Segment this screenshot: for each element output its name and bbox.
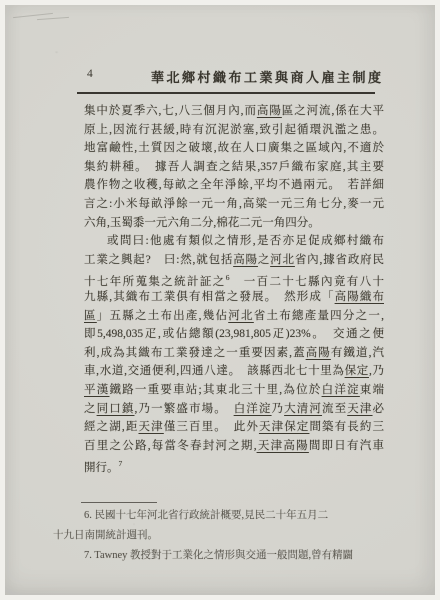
proper-noun-underline: 天津 bbox=[347, 403, 372, 415]
pencil-smudge-artifact bbox=[11, 11, 75, 25]
paper-background: 4 華北鄉村織布工業與商人雇主制度 集中於夏季六,七,八三個月內,而高陽區之河流… bbox=[5, 5, 435, 595]
text-segment: 必 bbox=[373, 403, 385, 415]
body-line: 工業之興起? 曰:然,就包括高陽之河北省內,據省政府民 bbox=[84, 251, 384, 270]
proper-noun-underline: 大清河 bbox=[284, 403, 322, 415]
text-segment: 一百二十七縣內竟有八十 bbox=[229, 276, 384, 288]
body-line: 車,水道,交通便利,四通八達。 該縣西北七十里為保定,乃 bbox=[84, 362, 384, 381]
body-line: 即5,498,035疋,或佔總額(23,981,805疋)23%。 交通之便 bbox=[84, 325, 384, 344]
header-rule bbox=[77, 92, 375, 94]
text-segment: 東端 bbox=[360, 384, 384, 396]
text-segment: 間築有長約三 bbox=[309, 421, 384, 433]
body-line: 開行。7 bbox=[84, 455, 384, 474]
text-segment: 十七年所蒐集之統計証之 bbox=[84, 276, 226, 288]
text-segment: 六角,玉蜀黍一元六角二分,棉花二元一角四分。 bbox=[84, 217, 320, 229]
footnote-separator-rule bbox=[81, 502, 157, 503]
body-line: 農作物之收穫,每畝之全年淨餘,平均不過兩元。 若詳細 bbox=[84, 176, 384, 195]
body-line: 平漢鐵路一重要車站;其東北三十里,為位於白洋淀東端 bbox=[84, 381, 384, 400]
proper-noun-underline: 河北 bbox=[228, 310, 253, 322]
text-segment: 流至 bbox=[322, 403, 347, 415]
footnote-line: 6. 民國十七年河北省行政統計概要,見民二十年五月二 bbox=[53, 506, 401, 526]
body-line: 原上,因流行甚緩,時有沉泥淤塞,致引起循環汎濫之患。 bbox=[84, 121, 384, 140]
body-line: 經之湖,距天津僅三百里。 此外天津保定間築有長約三 bbox=[84, 418, 384, 437]
footnote-line: 十九日南開統計週刊。 bbox=[53, 526, 401, 546]
proper-noun-underline: 河北 bbox=[270, 254, 295, 266]
body-line: 集中於夏季六,七,八三個月內,而高陽區之河流,係在大平 bbox=[84, 102, 384, 121]
text-segment: 農作物之收穫,每畝之全年淨餘,平均不過兩元。 若詳細 bbox=[84, 179, 384, 191]
text-segment: 」五縣之土布出產,幾佔 bbox=[97, 310, 229, 322]
text-segment: 經之湖,距 bbox=[84, 421, 138, 433]
text-segment: 乃 bbox=[272, 403, 285, 415]
scanned-book-page: 4 華北鄉村織布工業與商人雇主制度 集中於夏季六,七,八三個月內,而高陽區之河流… bbox=[0, 0, 440, 600]
proper-noun-underline: 白洋淀 bbox=[322, 384, 360, 396]
proper-noun-underline: 天津 bbox=[138, 421, 163, 433]
text-segment: 省內,據省政府民 bbox=[295, 254, 384, 266]
text-segment: ,乃一繁盛市場。 bbox=[134, 403, 233, 415]
text-segment: 僅三百里。 此外 bbox=[164, 421, 259, 433]
body-line: 利,成為其織布工業發達之一重要因素,蓋高陽有鐵道,汽 bbox=[84, 344, 384, 363]
body-line: 言之:小米每畝淨餘一元一角,高粱一元三角七分,麥一元 bbox=[84, 195, 384, 214]
text-segment: 即5,498,035疋,或佔總額(23,981,805疋)23%。 交通之便 bbox=[84, 328, 384, 340]
proper-noun-underline: 高陽 bbox=[257, 105, 282, 117]
text-segment: 集中於夏季六,七,八三個月內,而 bbox=[84, 105, 257, 117]
text-segment: 開行。 bbox=[84, 462, 119, 474]
proper-noun-underline: 天津保定 bbox=[259, 421, 309, 433]
text-segment: 間即日有汽車 bbox=[309, 440, 384, 452]
text-segment: 百里之公路,每當冬春封河之期, bbox=[84, 440, 257, 452]
footnote-reference: 7 bbox=[119, 459, 123, 468]
body-line: 集約耕種。 據吾人調查之結果,357戶織布家庭,其主要 bbox=[84, 158, 384, 177]
body-line: 之同口鎮,乃一繁盛市場。 白洋淀乃大清河流至天津必 bbox=[84, 400, 384, 419]
running-header: 4 華北鄉村織布工業與商人雇主制度 bbox=[77, 66, 375, 86]
text-segment: 之 bbox=[84, 403, 97, 415]
body-line: 或問曰:他處有類似之情形,是否亦足促成鄉村織布 bbox=[84, 232, 384, 251]
proper-noun-underline: 區 bbox=[84, 310, 97, 322]
text-segment: 車,水道,交通便利,四通八達。 該縣西北七十里為 bbox=[84, 365, 345, 377]
text-segment: 區之河流,係在大平 bbox=[282, 105, 384, 117]
text-segment: 原上,因流行甚緩,時有沉泥淤塞,致引起循環汎濫之患。 bbox=[84, 124, 384, 136]
text-segment: 省土布總產量四分之一, bbox=[254, 310, 384, 322]
body-line: 區」五縣之土布出產,幾佔河北省土布總產量四分之一, bbox=[84, 307, 384, 326]
proper-noun-underline: 天津高陽 bbox=[257, 440, 309, 452]
proper-noun-underline: 高陽 bbox=[233, 254, 258, 266]
running-header-title: 華北鄉村織布工業與商人雇主制度 bbox=[151, 67, 384, 86]
text-segment: ,乃 bbox=[369, 365, 384, 377]
text-segment: 言之:小米每畝淨餘一元一角,高粱一元三角七分,麥一元 bbox=[84, 198, 384, 210]
proper-noun-underline: 高陽 bbox=[306, 347, 331, 359]
body-line: 十七年所蒐集之統計証之6 一百二十七縣內竟有八十 bbox=[84, 269, 384, 288]
proper-noun-underline: 白洋淀 bbox=[234, 403, 272, 415]
text-segment: 集約耕種。 據吾人調查之結果,357戶織布家庭,其主要 bbox=[84, 161, 384, 173]
footnote-line: 7. Tawney 教授對于工業化之情形與交通一般問題,曾有精闢 bbox=[53, 546, 401, 566]
body-line: 六角,玉蜀黍一元六角二分,棉花二元一角四分。 bbox=[84, 214, 384, 233]
body-line: 地富鹼性,土質因之破壞,故在人口廣集之區域內,不適於 bbox=[84, 139, 384, 158]
text-segment: 之 bbox=[258, 254, 270, 266]
text-segment: 工業之興起? 曰:然,就包括 bbox=[84, 254, 233, 266]
text-segment: 鐵路一重要車站;其東北三十里,為位於 bbox=[109, 384, 321, 396]
text-segment: 利,成為其織布工業發達之一重要因素,蓋 bbox=[84, 347, 306, 359]
proper-noun-underline: 平漢 bbox=[84, 384, 109, 396]
proper-noun-underline: 同口鎮 bbox=[97, 403, 135, 415]
body-line: 九縣,其織布工業俱有相當之發展。 然形成「高陽織布 bbox=[84, 288, 384, 307]
text-segment: 地富鹼性,土質因之破壞,故在人口廣集之區域內,不適於 bbox=[84, 142, 384, 154]
footnotes: 6. 民國十七年河北省行政統計概要,見民二十年五月二十九日南開統計週刊。7. T… bbox=[53, 506, 401, 566]
proper-noun-underline: 高陽織布 bbox=[335, 291, 384, 303]
body-text: 集中於夏季六,七,八三個月內,而高陽區之河流,係在大平原上,因流行甚緩,時有沉泥… bbox=[84, 102, 384, 474]
page-number: 4 bbox=[87, 68, 93, 80]
proper-noun-underline: 保定 bbox=[345, 365, 369, 377]
body-line: 百里之公路,每當冬春封河之期,天津高陽間即日有汽車 bbox=[84, 437, 384, 456]
text-segment: 九縣,其織布工業俱有相當之發展。 然形成「 bbox=[84, 291, 335, 303]
text-segment: 有鐵道,汽 bbox=[331, 347, 384, 359]
text-segment: 或問曰:他處有類似之情形,是否亦足促成鄉村織布 bbox=[107, 235, 384, 247]
